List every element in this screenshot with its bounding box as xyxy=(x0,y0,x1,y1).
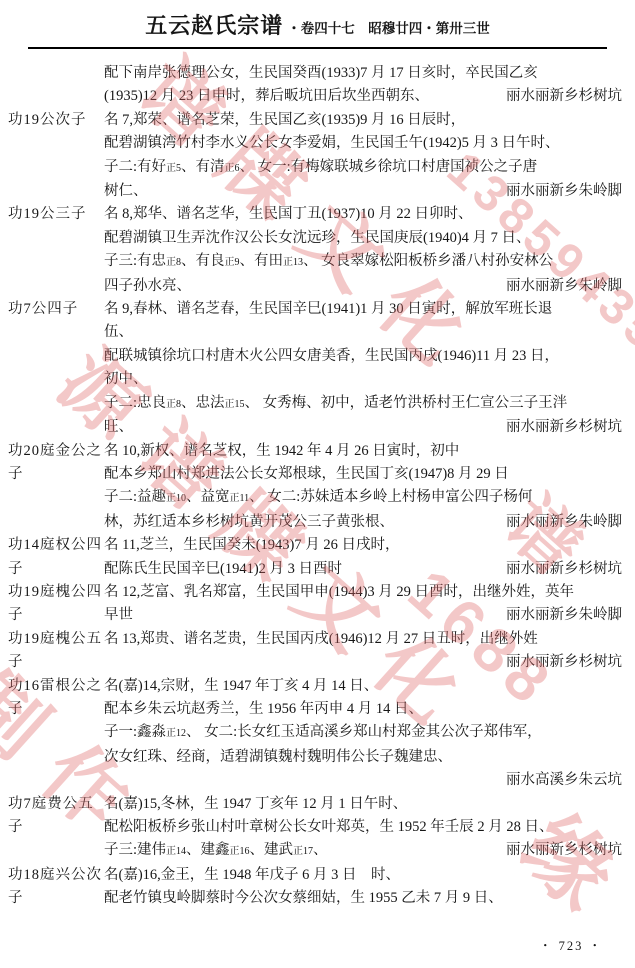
line-text: 名 12,芝富、乳名郑富，生民国甲申(1944)3 月 29 日酉时，出继外姓，… xyxy=(104,581,574,604)
generation-rank-superscript: 正15 xyxy=(225,399,245,410)
entry-line: 名 13,郑贵、谱名芝贵，生民国丙戌(1946)12 月 27 日丑时，出继外姓 xyxy=(104,628,622,651)
entry-label: 功18庭兴公次子 xyxy=(8,864,104,911)
entry-line: 名 12,芝富、乳名郑富，生民国甲申(1944)3 月 29 日酉时，出继外姓，… xyxy=(104,581,622,604)
entry-line: 配碧湖镇湾竹村李水义公长女李爱娟，生民国壬午(1942)5 月 3 日午时、 xyxy=(104,132,622,155)
entry-label xyxy=(8,62,104,109)
genealogy-entry: 功14庭权公四子名 11,芝兰，生民国癸未(1943)7 月 26 日戌时，配陈… xyxy=(8,534,622,581)
line-text: 名 9,春林、谱名芝春，生民国辛巳(1941)1 月 30 日寅时，解放军班长退 xyxy=(104,298,552,321)
residence-place: 丽水丽新乡朱岭脚 xyxy=(500,604,622,627)
line-text: 配本乡郑山村郑进法公长女郑根球，生民国丁亥(1947)8 月 29 日 xyxy=(104,463,509,486)
entry-line: 名 9,春林、谱名芝春，生民国辛巳(1941)1 月 30 日寅时，解放军班长退 xyxy=(104,298,622,321)
entry-line: 子二:益趣正10、益宽正11、 女二:苏妹适本乡岭上村杨申富公四子杨何 xyxy=(104,486,622,510)
page-number: ・ 723 ・ xyxy=(539,936,603,954)
entry-label: 功14庭权公四子 xyxy=(8,534,104,581)
line-text: 初中、 xyxy=(104,368,148,391)
line-text: 旺、 xyxy=(104,416,133,439)
entry-line: 配下南岸张德理公女，生民国癸酉(1933)7 月 17 日亥时，卒民国乙亥 xyxy=(104,62,622,85)
entry-lines: 名 12,芝富、乳名郑富，生民国甲申(1944)3 月 29 日酉时，出继外姓，… xyxy=(104,581,622,628)
residence-place: 丽水丽新乡杉树坑 xyxy=(500,416,622,439)
genealogy-entry: 功19公三子名 8,郑华、谱名芝华，生民国丁丑(1937)10 月 22 日卯时… xyxy=(8,203,622,298)
entry-line: 名 8,郑华、谱名芝华，生民国丁丑(1937)10 月 22 日卯时、 xyxy=(104,203,622,226)
entry-label: 功19公次子 xyxy=(8,109,104,204)
line-text: 配本乡朱云坑赵秀兰，生 1956 年丙申 4 月 14 日、 xyxy=(104,698,423,721)
entry-line: 子一:鑫淼正12、 女二:长女红玉适高溪乡郑山村郑金其公次子郑伟军， xyxy=(104,721,622,745)
line-text: 名 10,新权、谱名芝权，生 1942 年 4 月 26 日寅时，初中 xyxy=(104,440,459,463)
residence-place: 丽水丽新乡朱岭脚 xyxy=(500,180,622,203)
line-text: 名 13,郑贵、谱名芝贵，生民国丙戌(1946)12 月 27 日丑时，出继外姓 xyxy=(104,628,538,651)
entry-line: 四子孙水亮、丽水丽新乡朱岭脚 xyxy=(104,275,622,298)
line-text: 名(嘉)15,冬林，生 1947 丁亥年 12 月 1 日午时、 xyxy=(104,793,407,816)
genealogy-entry: 配下南岸张德理公女，生民国癸酉(1933)7 月 17 日亥时，卒民国乙亥(19… xyxy=(8,62,622,109)
generation-rank-superscript: 正9 xyxy=(225,257,240,268)
residence-place: 丽水丽新乡朱岭脚 xyxy=(500,275,622,298)
line-text: 四子孙水亮、 xyxy=(104,275,191,298)
entry-line: 配本乡郑山村郑进法公长女郑根球，生民国丁亥(1947)8 月 29 日 xyxy=(104,463,622,486)
volume-subtitle: ・卷四十七 昭穆廿四・第卅三世 xyxy=(287,21,490,36)
line-text: 名 7,郑荣、谱名芝荣，生民国乙亥(1935)9 月 16 日辰时， xyxy=(104,109,465,132)
generation-rank-superscript: 正11 xyxy=(230,493,250,504)
line-text: 子二:忠良正8、忠法正15、 女秀梅、初中，适老竹洪桥村王仁宣公三子王泮 xyxy=(104,392,567,416)
entry-line: 配老竹镇曳岭脚蔡时今公次女蔡细姑，生 1955 乙未 7 月 9 日、 xyxy=(104,887,622,910)
generation-rank-superscript: 正8 xyxy=(166,399,181,410)
entry-lines: 名 8,郑华、谱名芝华，生民国丁丑(1937)10 月 22 日卯时、配碧湖镇卫… xyxy=(104,203,622,298)
entry-line: 名(嘉)15,冬林，生 1947 丁亥年 12 月 1 日午时、 xyxy=(104,793,622,816)
entry-line: 林，苏红适本乡杉树坑黄开茂公三子黄张根、丽水丽新乡朱岭脚 xyxy=(104,511,622,534)
genealogy-entry: 功19庭槐公四子名 12,芝富、乳名郑富，生民国甲申(1944)3 月 29 日… xyxy=(8,581,622,628)
genealogy-entry: 功18庭兴公次子名(嘉)16,金王，生 1948 年戊子 6 月 3 日 时、配… xyxy=(8,864,622,911)
entry-line: 子三:建伟正14、建鑫正16、建武正17、丽水丽新乡杉树坑 xyxy=(104,839,622,863)
generation-rank-superscript: 正6 xyxy=(225,163,240,174)
line-text: 子三:建伟正14、建鑫正16、建武正17、 xyxy=(104,839,328,863)
generation-rank-superscript: 正14 xyxy=(166,846,186,857)
line-text: 名 8,郑华、谱名芝华，生民国丁丑(1937)10 月 22 日卯时、 xyxy=(104,203,473,226)
entry-lines: 名 9,春林、谱名芝春，生民国辛巳(1941)1 月 30 日寅时，解放军班长退… xyxy=(104,298,622,439)
entry-line: 旺、丽水丽新乡杉树坑 xyxy=(104,416,622,439)
line-text: 子二:益趣正10、益宽正11、 女二:苏妹适本乡岭上村杨申富公四子杨何 xyxy=(104,486,532,510)
entry-label: 功19庭槐公五子 xyxy=(8,628,104,675)
genealogy-entry: 功7公四子名 9,春林、谱名芝春，生民国辛巳(1941)1 月 30 日寅时，解… xyxy=(8,298,622,439)
book-title: 五云赵氏宗谱 xyxy=(145,13,283,38)
entry-line: 名 11,芝兰，生民国癸未(1943)7 月 26 日戌时， xyxy=(104,534,622,557)
generation-rank-superscript: 正13 xyxy=(283,257,303,268)
entry-line: 子二:有好正5、有清正6、 女一:有梅嫁联城乡徐坑口村唐国祯公之子唐 xyxy=(104,156,622,180)
line-text: 配碧湖镇卫生弄沈作汉公长女沈远珍，生民国庚辰(1940)4 月 7 日、 xyxy=(104,227,531,250)
line-text: 配下南岸张德理公女，生民国癸酉(1933)7 月 17 日亥时，卒民国乙亥 xyxy=(104,62,538,85)
page-header: 五云赵氏宗谱・卷四十七 昭穆廿四・第卅三世 xyxy=(0,0,635,40)
entry-line: 配联城镇徐坑口村唐木火公四女唐美香，生民国丙戌(1946)11 月 23 日， xyxy=(104,345,622,368)
line-text: 林，苏红适本乡杉树坑黄开茂公三子黄张根、 xyxy=(104,511,394,534)
entry-line: 配本乡朱云坑赵秀兰，生 1956 年丙申 4 月 14 日、 xyxy=(104,698,622,721)
line-text: 伍、 xyxy=(104,321,133,344)
entry-lines: 配下南岸张德理公女，生民国癸酉(1933)7 月 17 日亥时，卒民国乙亥(19… xyxy=(104,62,622,109)
entry-line: 名 10,新权、谱名芝权，生 1942 年 4 月 26 日寅时，初中 xyxy=(104,440,622,463)
entry-line: 初中、 xyxy=(104,368,622,391)
entry-line: 配碧湖镇卫生弄沈作汉公长女沈远珍，生民国庚辰(1940)4 月 7 日、 xyxy=(104,227,622,250)
line-text: 配老竹镇曳岭脚蔡时今公次女蔡细姑，生 1955 乙未 7 月 9 日、 xyxy=(104,887,503,910)
entry-lines: 名(嘉)14,宗财，生 1947 年丁亥 4 月 14 日、配本乡朱云坑赵秀兰，… xyxy=(104,675,622,793)
entry-lines: 名 7,郑荣、谱名芝荣，生民国乙亥(1935)9 月 16 日辰时，配碧湖镇湾竹… xyxy=(104,109,622,204)
line-text: 子一:鑫淼正12、 女二:长女红玉适高溪乡郑山村郑金其公次子郑伟军， xyxy=(104,721,542,745)
genealogy-entry: 功20庭金公之子名 10,新权、谱名芝权，生 1942 年 4 月 26 日寅时… xyxy=(8,440,622,535)
entry-line: 配陈氏生民国辛巳(1941)2 月 3 日酉时丽水丽新乡杉树坑 xyxy=(104,558,622,581)
entry-line: (1935)12 月 23 日申时，葬后畈坑田后坎坐西朝东、丽水丽新乡杉树坑 xyxy=(104,85,622,108)
entry-label: 功19庭槐公四子 xyxy=(8,581,104,628)
genealogy-entry: 功16雷根公之子名(嘉)14,宗财，生 1947 年丁亥 4 月 14 日、配本… xyxy=(8,675,622,793)
line-text: 子三:有忠正8、有良正9、有田正13、 女良翠嫁松阳板桥乡潘八村孙安林公 xyxy=(104,250,553,274)
entry-line: 配松阳板桥乡张山村叶章树公长女叶郑英，生 1952 年壬辰 2 月 28 日、 xyxy=(104,816,622,839)
entry-label: 功7庭费公五子 xyxy=(8,793,104,864)
entry-line: 名(嘉)16,金王，生 1948 年戊子 6 月 3 日 时、 xyxy=(104,864,622,887)
generation-rank-superscript: 正10 xyxy=(166,493,186,504)
generation-rank-superscript: 正8 xyxy=(166,257,181,268)
entry-line: 次女红珠、经商，适碧湖镇魏村魏明伟公长子魏建忠、 xyxy=(104,746,622,769)
line-text: 名(嘉)14,宗财，生 1947 年丁亥 4 月 14 日、 xyxy=(104,675,378,698)
generation-rank-superscript: 正16 xyxy=(230,846,250,857)
genealogy-entry: 功19庭槐公五子名 13,郑贵、谱名芝贵，生民国丙戌(1946)12 月 27 … xyxy=(8,628,622,675)
genealogy-page: 谱牒文化13859435594源谱牒文化1688制作谱缘 五云赵氏宗谱・卷四十七… xyxy=(0,0,635,968)
entries: 配下南岸张德理公女，生民国癸酉(1933)7 月 17 日亥时，卒民国乙亥(19… xyxy=(0,49,635,911)
line-text: 子二:有好正5、有清正6、 女一:有梅嫁联城乡徐坑口村唐国祯公之子唐 xyxy=(104,156,537,180)
residence-place: 丽水高溪乡朱云坑 xyxy=(500,769,622,792)
residence-place: 丽水丽新乡杉树坑 xyxy=(500,839,622,863)
entry-line: 名(嘉)14,宗财，生 1947 年丁亥 4 月 14 日、 xyxy=(104,675,622,698)
entry-label: 功7公四子 xyxy=(8,298,104,439)
entry-line: 树仁、丽水丽新乡朱岭脚 xyxy=(104,180,622,203)
entry-lines: 名 11,芝兰，生民国癸未(1943)7 月 26 日戌时，配陈氏生民国辛巳(1… xyxy=(104,534,622,581)
line-text: 名(嘉)16,金王，生 1948 年戊子 6 月 3 日 时、 xyxy=(104,864,400,887)
entry-line: 名 7,郑荣、谱名芝荣，生民国乙亥(1935)9 月 16 日辰时， xyxy=(104,109,622,132)
entry-lines: 名 10,新权、谱名芝权，生 1942 年 4 月 26 日寅时，初中配本乡郑山… xyxy=(104,440,622,535)
residence-place: 丽水丽新乡杉树坑 xyxy=(500,558,622,581)
entry-lines: 名(嘉)15,冬林，生 1947 丁亥年 12 月 1 日午时、配松阳板桥乡张山… xyxy=(104,793,622,864)
residence-place: 丽水丽新乡杉树坑 xyxy=(500,651,622,674)
entry-lines: 名 13,郑贵、谱名芝贵，生民国丙戌(1946)12 月 27 日丑时，出继外姓… xyxy=(104,628,622,675)
line-text: (1935)12 月 23 日申时，葬后畈坑田后坎坐西朝东、 xyxy=(104,85,429,108)
line-text: 配松阳板桥乡张山村叶章树公长女叶郑英，生 1952 年壬辰 2 月 28 日、 xyxy=(104,816,554,839)
residence-place: 丽水丽新乡杉树坑 xyxy=(500,85,622,108)
residence-place: 丽水丽新乡朱岭脚 xyxy=(500,511,622,534)
line-text: 名 11,芝兰，生民国癸未(1943)7 月 26 日戌时， xyxy=(104,534,400,557)
line-text: 配联城镇徐坑口村唐木火公四女唐美香，生民国丙戌(1946)11 月 23 日， xyxy=(104,345,559,368)
genealogy-entry: 功19公次子名 7,郑荣、谱名芝荣，生民国乙亥(1935)9 月 16 日辰时，… xyxy=(8,109,622,204)
entry-line: 伍、 xyxy=(104,321,622,344)
line-text: 次女红珠、经商，适碧湖镇魏村魏明伟公长子魏建忠、 xyxy=(104,746,452,769)
line-text: 早世 xyxy=(104,604,133,627)
generation-rank-superscript: 正17 xyxy=(293,846,313,857)
entry-label: 功20庭金公之子 xyxy=(8,440,104,535)
line-text: 配陈氏生民国辛巳(1941)2 月 3 日酉时 xyxy=(104,558,342,581)
entry-label: 功16雷根公之子 xyxy=(8,675,104,793)
entry-line: 子二:忠良正8、忠法正15、 女秀梅、初中，适老竹洪桥村王仁宣公三子王泮 xyxy=(104,392,622,416)
entry-line: 丽水高溪乡朱云坑 xyxy=(104,769,622,792)
line-text: 配碧湖镇湾竹村李水义公长女李爱娟，生民国壬午(1942)5 月 3 日午时、 xyxy=(104,132,560,155)
entry-lines: 名(嘉)16,金王，生 1948 年戊子 6 月 3 日 时、配老竹镇曳岭脚蔡时… xyxy=(104,864,622,911)
entry-line: 子三:有忠正8、有良正9、有田正13、 女良翠嫁松阳板桥乡潘八村孙安林公 xyxy=(104,250,622,274)
generation-rank-superscript: 正5 xyxy=(166,163,181,174)
genealogy-entry: 功7庭费公五子名(嘉)15,冬林，生 1947 丁亥年 12 月 1 日午时、配… xyxy=(8,793,622,864)
generation-rank-superscript: 正12 xyxy=(166,728,186,739)
entry-line: 丽水丽新乡杉树坑 xyxy=(104,651,622,674)
line-text: 树仁、 xyxy=(104,180,148,203)
entry-label: 功19公三子 xyxy=(8,203,104,298)
entry-line: 早世丽水丽新乡朱岭脚 xyxy=(104,604,622,627)
